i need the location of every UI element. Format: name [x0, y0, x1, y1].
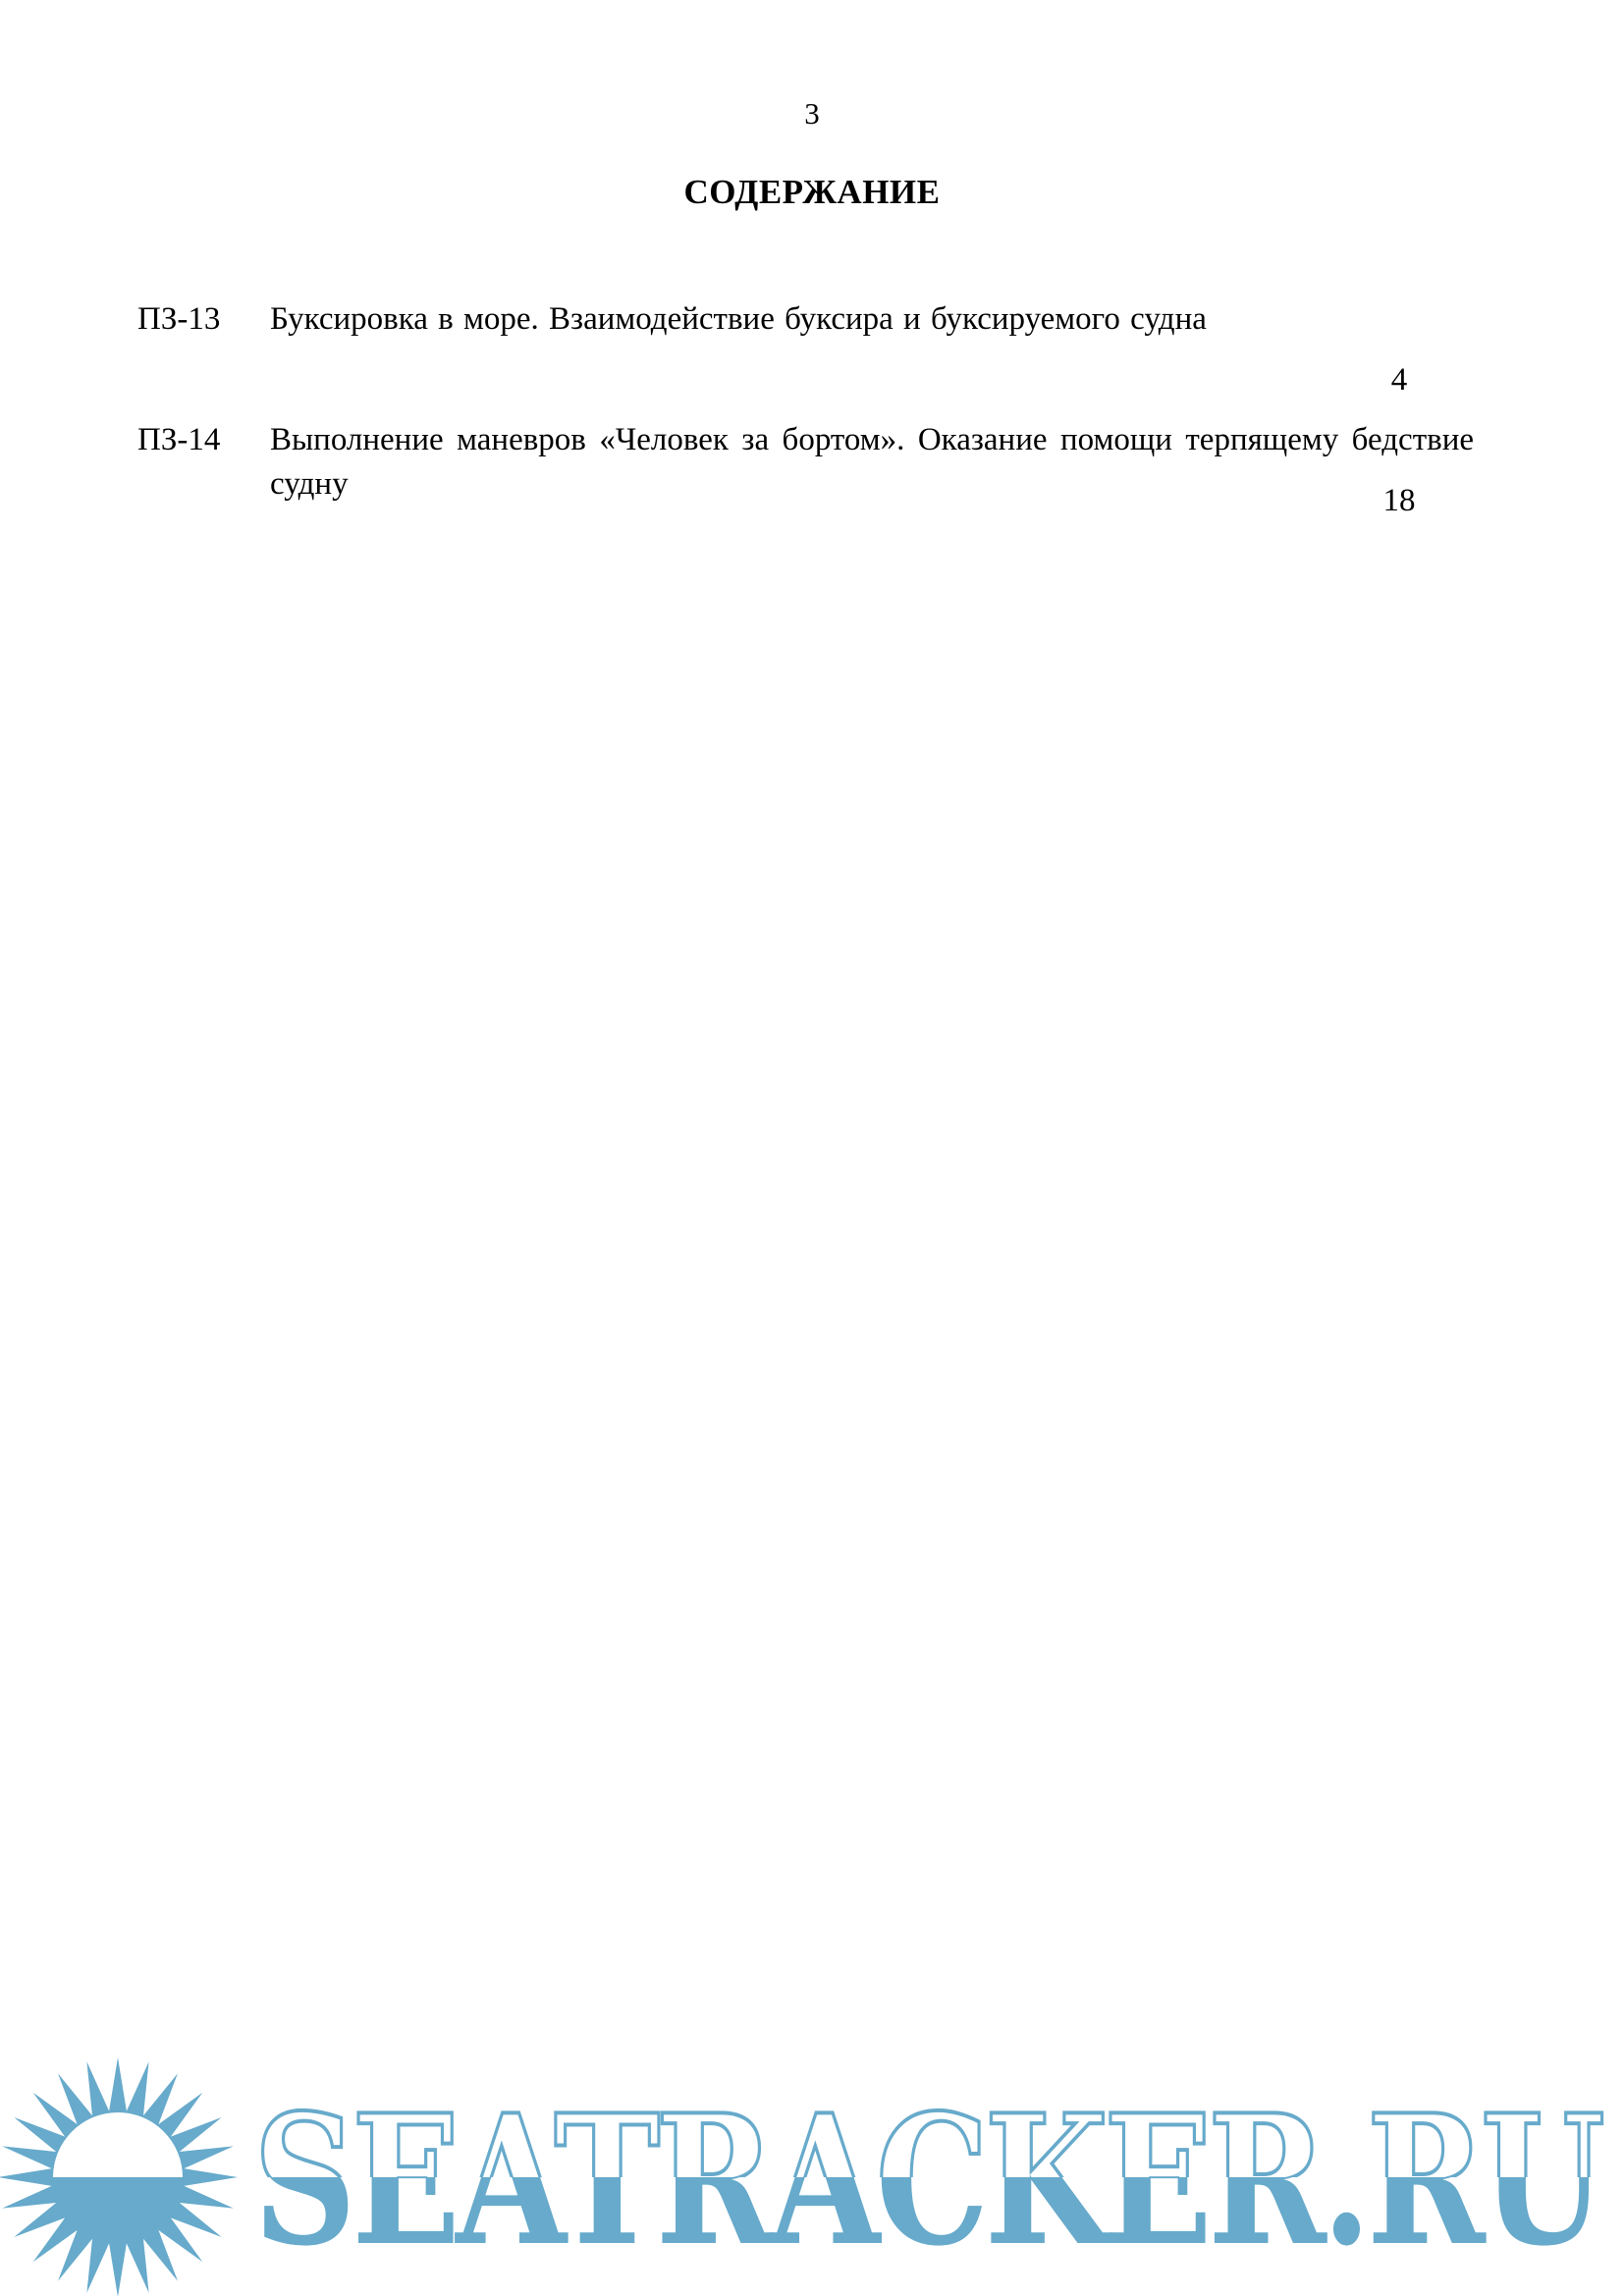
page-number: 3 — [0, 96, 1624, 132]
toc-entry-code: ПЗ-14 — [137, 418, 220, 462]
toc-entry-page: 4 — [1365, 358, 1434, 402]
toc-entry[interactable]: ПЗ-14 Выполнение маневров «Человек за бо… — [137, 418, 1434, 539]
toc-entry-title[interactable]: Буксировка в море. Взаимодействие буксир… — [270, 297, 1474, 342]
watermark-logo: SEATRACKER.RU SEATRACKER.RU — [0, 2052, 1624, 2296]
watermark-text: SEATRACKER.RU SEATRACKER.RU — [253, 2075, 1602, 2285]
toc-entry-code: ПЗ-13 — [137, 297, 220, 342]
toc-entry-page: 18 — [1365, 479, 1434, 523]
toc-entry[interactable]: ПЗ-13 Буксировка в море. Взаимодействие … — [137, 297, 1434, 418]
sun-over-sea-icon — [0, 2057, 238, 2296]
toc-entry-title[interactable]: Выполнение маневров «Человек за бортом».… — [270, 418, 1474, 507]
table-of-contents: ПЗ-13 Буксировка в море. Взаимодействие … — [137, 297, 1434, 539]
page-title: СОДЕРЖАНИЕ — [0, 172, 1624, 213]
